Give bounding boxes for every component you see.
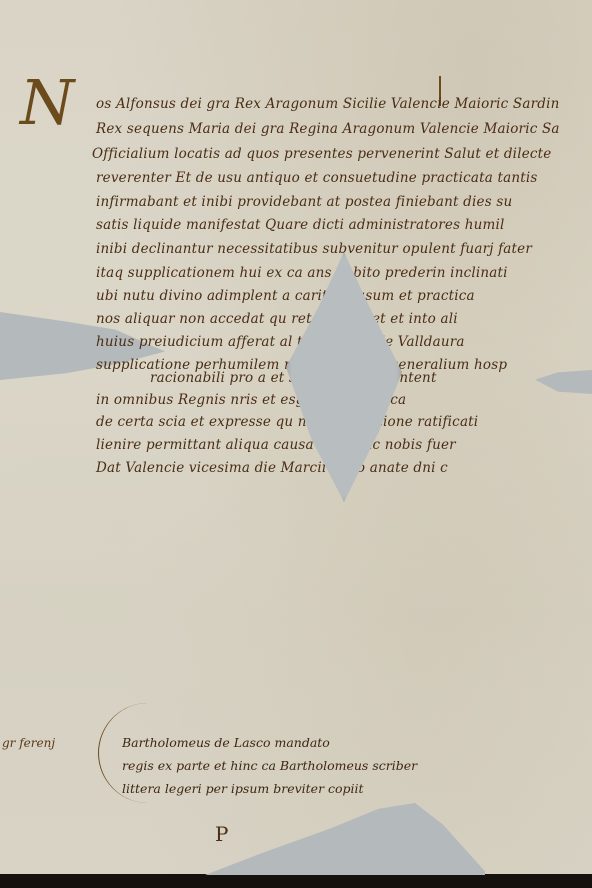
text-line: inibi declinantur necessitatibus subveni… — [96, 241, 532, 257]
text-line: Dat Valencie vicesima die Marcii anno an… — [96, 460, 448, 476]
text-line: Rex sequens Maria dei gra Regina Aragonu… — [96, 121, 560, 137]
text-line: ubi nutu divino adimplent a caritans usu… — [96, 288, 475, 304]
text-line: itaq supplicationem hui ex ca ans debito… — [96, 265, 508, 281]
text-line: nos aliquar non accedat qu ret imputaret… — [96, 311, 458, 327]
scan-bottom-edge — [0, 874, 592, 888]
text-line: reverenter Et de usu antiquo et consuetu… — [96, 170, 538, 186]
text-line: lienire permittant aliqua causa si deo a… — [96, 437, 456, 453]
text-line: Officialium locatis ad quos presentes pe… — [92, 146, 551, 162]
decorated-initial: N — [20, 72, 74, 134]
text-line: os Alfonsus dei gra Rex Aragonum Sicilie… — [96, 96, 560, 112]
subscription-line: Bartholomeus de Lasco mandato — [122, 735, 330, 750]
subscription-line: littera legeri per ipsum breviter copiit — [122, 781, 364, 796]
paraph-mark: P — [215, 822, 228, 846]
text-line: satis liquide manifestat Quare dicti adm… — [96, 217, 505, 233]
subscription-line: regis ex parte et hinc ca Bartholomeus s… — [122, 758, 417, 773]
margin-note: gr ferenj — [2, 736, 55, 750]
text-line: infirmabant et inibi providebant at post… — [96, 194, 512, 210]
text-line: de certa scia et expresse qu ne approbat… — [96, 414, 478, 430]
text-line: huius preiudicium afferat al te in domo … — [96, 334, 465, 350]
